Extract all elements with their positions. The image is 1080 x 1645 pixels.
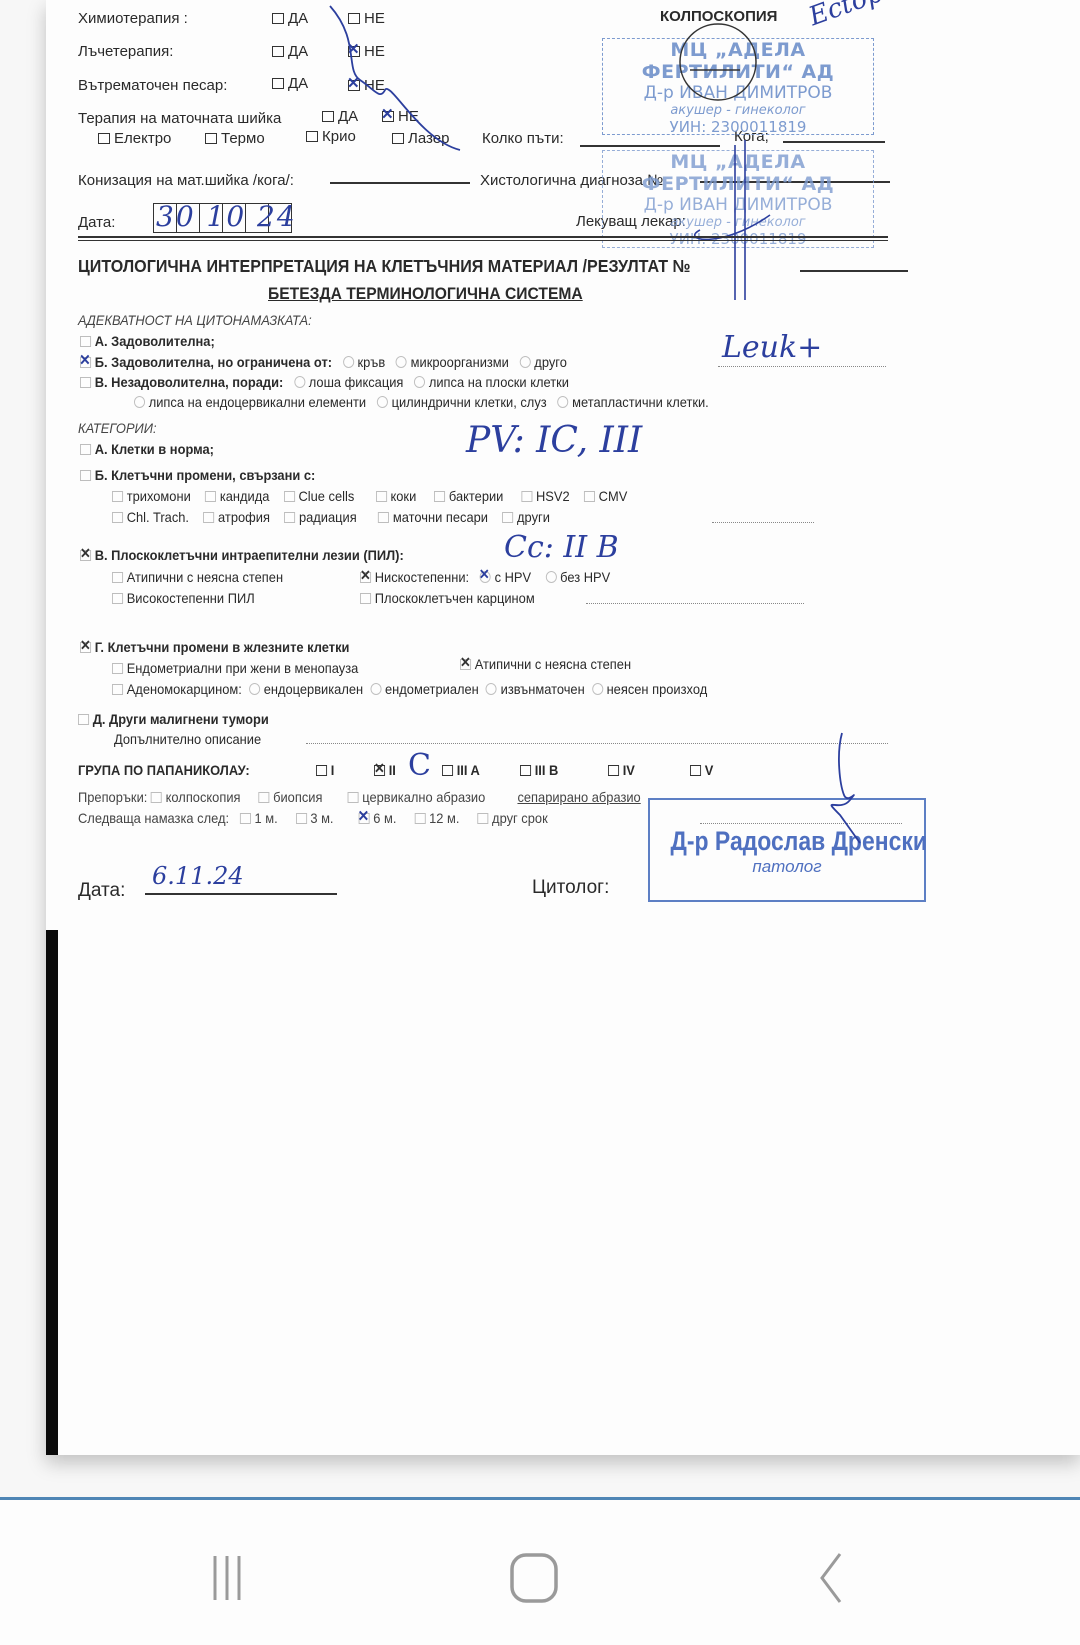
checkbox-checked[interactable]: [80, 642, 91, 653]
checkbox[interactable]: [360, 593, 371, 604]
checkbox[interactable]: [284, 491, 295, 502]
papanicolaou-group-option[interactable]: III A: [442, 762, 480, 778]
checkbox[interactable]: [112, 684, 123, 695]
date-label-top: Дата:: [78, 214, 115, 231]
radio[interactable]: [134, 396, 145, 408]
checkbox[interactable]: [80, 377, 91, 388]
checkbox[interactable]: [284, 512, 295, 523]
checkbox[interactable]: [112, 491, 123, 502]
radio[interactable]: [396, 356, 407, 368]
checkbox[interactable]: [80, 444, 91, 455]
radio[interactable]: [592, 683, 603, 695]
category-b[interactable]: Б. Клетъчни промени, свързани с:: [80, 467, 315, 483]
radio[interactable]: [294, 376, 305, 388]
radio[interactable]: [343, 356, 354, 368]
categories-heading: КАТЕГОРИИ:: [78, 420, 157, 436]
checkbox[interactable]: [80, 470, 91, 481]
iud-label: Вътрематочен песар:: [78, 77, 227, 94]
checkbox[interactable]: [112, 572, 123, 583]
next-smear-row: Следваща намазка след: 1 м. 3 м. 6 м. 12…: [78, 810, 548, 826]
papanicolaou-group-option[interactable]: III B: [520, 762, 558, 778]
checkbox[interactable]: [80, 336, 91, 347]
divider-double-2: [78, 240, 888, 241]
checkbox[interactable]: [205, 133, 217, 144]
checkbox-checked[interactable]: [80, 357, 91, 368]
radio[interactable]: [377, 396, 388, 408]
radio[interactable]: [414, 376, 425, 388]
category-b-row1: трихомони кандида Clue cells коки бактер…: [112, 488, 627, 504]
checkbox[interactable]: [690, 765, 701, 776]
category-d-endometrial[interactable]: Ендометриални при жени в менопауза: [112, 660, 358, 676]
other-field[interactable]: [712, 522, 814, 523]
checkbox[interactable]: [477, 813, 488, 824]
additional-description-label: Допълнително описание: [114, 731, 261, 747]
checkbox[interactable]: [205, 491, 216, 502]
handwritten-pil-note: Cc: II B: [504, 530, 619, 565]
handwritten-pap-mark: C: [408, 748, 431, 783]
checkbox[interactable]: [272, 46, 284, 57]
checkbox[interactable]: [296, 813, 307, 824]
handwritten-category-note: PV: IC, III: [466, 420, 642, 461]
result-number-field[interactable]: [800, 270, 908, 272]
divider-double-1: [78, 236, 888, 238]
category-b-row2: Chl. Trach. атрофия радиация маточни пес…: [112, 509, 550, 525]
checkbox[interactable]: [272, 78, 284, 89]
checkbox-checked[interactable]: [359, 813, 370, 824]
checkbox-checked[interactable]: [460, 659, 471, 670]
radiation-label: Лъчетерапия:: [78, 43, 173, 60]
category-a[interactable]: А. Клетки в норма;: [80, 441, 214, 457]
cytologist-signature: [800, 725, 920, 845]
adequacy-c-row2: липса на ендоцервикални елементи цилиндр…: [134, 394, 709, 410]
papanicolaou-group-option[interactable]: II: [374, 762, 396, 778]
cervix-therapy-label: Терапия на маточната шийка: [78, 110, 281, 127]
checkbox[interactable]: [608, 765, 619, 776]
checkbox[interactable]: [258, 792, 269, 803]
papanicolaou-label: ГРУПА ПО ПАПАНИКОЛАУ:: [78, 762, 250, 778]
papanicolaou-group-option[interactable]: IV: [608, 762, 635, 778]
radio[interactable]: [545, 571, 556, 583]
checkbox[interactable]: [272, 13, 284, 24]
category-c-atypical[interactable]: Атипични с неясна степен: [112, 569, 283, 585]
signature-strokes: [300, 0, 920, 300]
adequacy-c[interactable]: В. Незадоволителна, поради: лоша фиксаци…: [80, 374, 569, 390]
adequacy-a[interactable]: А. Задоволителна;: [80, 333, 215, 349]
checkbox[interactable]: [520, 765, 531, 776]
checkbox[interactable]: [521, 491, 532, 502]
category-e[interactable]: Д. Други малигнени тумори: [78, 711, 269, 727]
checkbox-checked[interactable]: [360, 572, 371, 583]
back-button[interactable]: [810, 1548, 870, 1608]
radio[interactable]: [370, 683, 381, 695]
radio-checked[interactable]: [480, 571, 491, 583]
checkbox[interactable]: [584, 491, 595, 502]
category-c-carcinoma[interactable]: Плоскоклетъчен карцином: [360, 590, 535, 606]
handwritten-adequacy-other: Leuk+: [722, 330, 822, 365]
recommendations-row: Препоръки: колпоскопия биопсия цервикалн…: [78, 789, 641, 805]
checkbox[interactable]: [316, 765, 327, 776]
checkbox[interactable]: [78, 714, 89, 725]
carcinoma-field[interactable]: [586, 603, 804, 604]
category-c-low-grade[interactable]: Нискостепенни: с HPV без HPV: [360, 569, 610, 585]
papanicolaou-group-option[interactable]: V: [690, 762, 713, 778]
result-title: ЦИТОЛОГИЧНА ИНТЕРПРЕТАЦИЯ НА КЛЕТЪЧНИЯ М…: [78, 256, 691, 277]
checkbox[interactable]: [502, 512, 513, 523]
adequacy-other-field[interactable]: [718, 366, 886, 367]
category-c[interactable]: В. Плоскоклетъчни интраепителни лезии (П…: [80, 547, 404, 563]
adequacy-b[interactable]: Б. Задоволителна, но ограничена от: кръв…: [80, 354, 567, 370]
recents-button[interactable]: [203, 1548, 263, 1608]
checkbox[interactable]: [442, 765, 453, 776]
category-d[interactable]: Г. Клетъчни промени в жлезните клетки: [80, 639, 349, 655]
papanicolaou-group-option[interactable]: I: [316, 762, 334, 778]
therapy-electro[interactable]: Електро: [98, 130, 171, 147]
checkbox[interactable]: [414, 813, 425, 824]
result-subtitle: БЕТЕЗДА ТЕРМИНОЛОГИЧНА СИСТЕМА: [268, 284, 583, 304]
checkbox[interactable]: [434, 491, 445, 502]
radio[interactable]: [249, 683, 260, 695]
checkbox[interactable]: [378, 512, 389, 523]
home-button[interactable]: [505, 1548, 565, 1608]
cytologist-label: Цитолог:: [532, 877, 609, 899]
home-icon: [505, 1548, 565, 1608]
checkbox[interactable]: [112, 663, 123, 674]
radio[interactable]: [520, 356, 531, 368]
checkbox[interactable]: [112, 512, 123, 523]
checkbox[interactable]: [240, 813, 251, 824]
therapy-thermo[interactable]: Термо: [205, 130, 265, 147]
category-d-adeno: Аденомокарцином: ендоцервикален ендометр…: [112, 681, 707, 697]
checkbox[interactable]: [203, 512, 214, 523]
checkbox[interactable]: [98, 133, 110, 144]
radio[interactable]: [557, 396, 568, 408]
adequacy-heading: АДЕКВАТНОСТ НА ЦИТОНАМАЗКАТА:: [78, 312, 312, 328]
chemo-label: Химиотерапия :: [78, 10, 188, 27]
result-date-field[interactable]: [145, 893, 337, 895]
handwritten-date-top: 30 10 24: [156, 200, 297, 233]
result-date-label: Дата:: [78, 880, 125, 902]
handwritten-result-date: 6.11.24: [152, 862, 244, 890]
category-c-high-grade[interactable]: Високостепенни ПИЛ: [112, 590, 255, 606]
checkbox-checked[interactable]: [80, 550, 91, 561]
navigation-bar: [0, 1497, 1080, 1645]
recents-icon: [203, 1548, 263, 1608]
checkbox[interactable]: [347, 792, 358, 803]
checkbox[interactable]: [151, 792, 162, 803]
checkbox[interactable]: [112, 593, 123, 604]
separated-abrasio-option[interactable]: сепарирано абразио: [517, 789, 640, 805]
back-icon: [810, 1548, 870, 1608]
scan-edge-shadow: [46, 930, 58, 1455]
radio[interactable]: [486, 683, 497, 695]
category-d-atypical[interactable]: Атипични с неясна степен: [460, 656, 631, 672]
checkbox[interactable]: [376, 491, 387, 502]
conization-label: Конизация на мат.шийка /кога/:: [78, 172, 294, 189]
checkbox-checked[interactable]: [374, 765, 385, 776]
